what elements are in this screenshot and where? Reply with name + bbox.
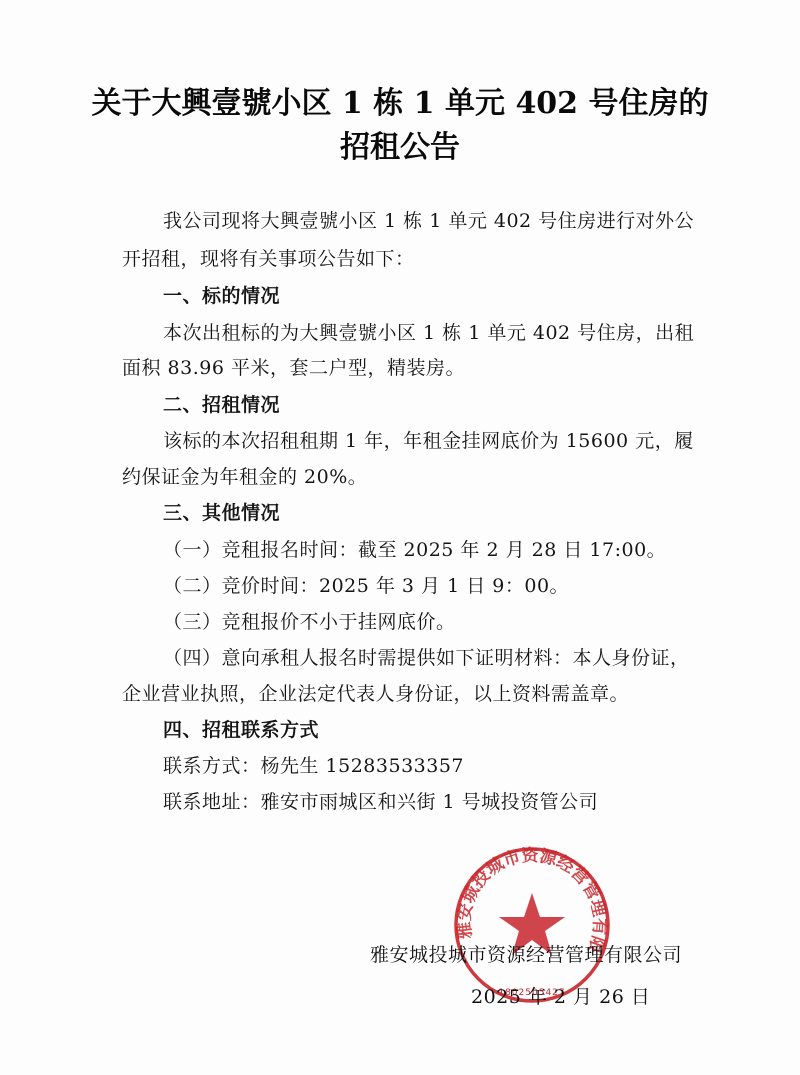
section-1-line-1: 本次出租标的为大興壹號小区 1 栋 1 单元 402 号住房，出租 <box>163 318 694 345</box>
contact-person-line: 联系方式：杨先生 15283533357 <box>163 751 464 778</box>
document-title-line-2: 招租公告 <box>0 122 800 166</box>
section-3-line-5: 企业营业执照，企业法定代表人身份证，以上资料需盖章。 <box>122 679 629 706</box>
section-3-line-4: （四）意向承租人报名时需提供如下证明材料：本人身份证， <box>163 643 690 670</box>
document-title-line-1: 关于大興壹號小区 1 栋 1 单元 402 号住房的 <box>0 78 800 122</box>
section-heading-3: 三、其他情况 <box>163 498 280 525</box>
section-3-line-3: （三）竞租报价不小于挂网底价。 <box>163 607 456 634</box>
official-seal-stamp: 雅安城投城市资源经营管理有限公司 1802505427 <box>452 845 612 1005</box>
signature-date: 2025 年 2 月 26 日 <box>471 982 650 1009</box>
section-3-line-2: （二）竞价时间：2025 年 3 月 1 日 9：00。 <box>163 571 569 598</box>
signature-company: 雅安城投城市资源经营管理有限公司 <box>370 940 682 967</box>
section-2-line-1: 该标的本次招租租期 1 年，年租金挂网底价为 15600 元，履 <box>163 426 694 453</box>
section-2-line-2: 约保证金为年租金的 20%。 <box>122 462 367 489</box>
contact-address-line: 联系地址：雅安市雨城区和兴街 1 号城投资管公司 <box>163 787 598 814</box>
section-heading-1: 一、标的情况 <box>163 281 280 308</box>
intro-line-2: 开招租，现将有关事项公告如下： <box>122 244 415 271</box>
section-3-line-1: （一）竞租报名时间：截至 2025 年 2 月 28 日 17:00。 <box>163 535 666 562</box>
section-heading-2: 二、招租情况 <box>163 390 280 417</box>
section-1-line-2: 面积 83.96 平米，套二户型，精装房。 <box>122 353 465 380</box>
intro-line-1: 我公司现将大興壹號小区 1 栋 1 单元 402 号住房进行对外公 <box>163 206 694 233</box>
section-heading-4: 四、招租联系方式 <box>163 715 319 742</box>
